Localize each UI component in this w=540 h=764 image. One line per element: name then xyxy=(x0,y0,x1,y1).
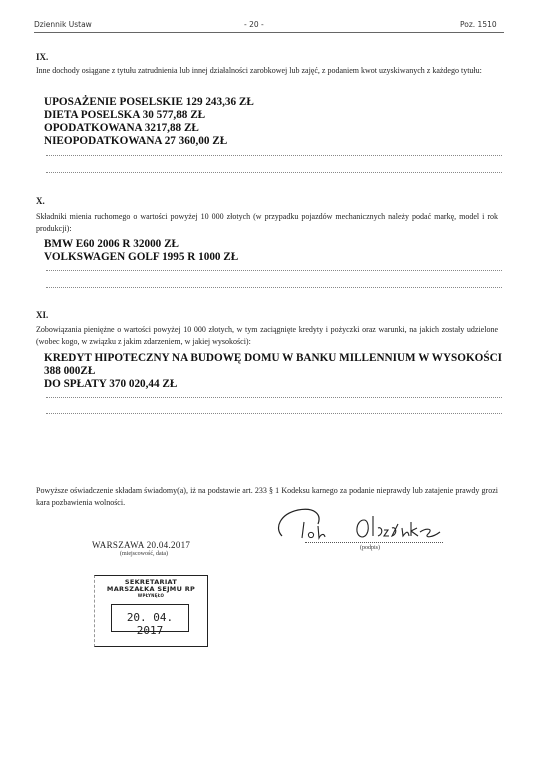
position-number: Poz. 1510 xyxy=(460,20,497,29)
dotted-line xyxy=(46,413,502,414)
section-xi-number: XI. xyxy=(36,310,48,320)
section-x-entry: VOLKSWAGEN GOLF 1995 R 1000 ZŁ xyxy=(44,251,504,264)
section-xi-entry: 388 000ZŁ xyxy=(44,365,504,378)
dotted-line xyxy=(46,172,502,173)
section-ix-entry: NIEOPODATKOWANA 27 360,00 ZŁ xyxy=(44,135,504,148)
header-rule xyxy=(34,32,504,33)
section-x-number: X. xyxy=(36,196,45,206)
signature-icon xyxy=(270,500,470,545)
section-ix-entry: DIETA POSELSKA 30 577,88 ZŁ xyxy=(44,109,504,122)
section-xi-entry: KREDYT HIPOTECZNY NA BUDOWĘ DOMU W BANKU… xyxy=(44,352,504,365)
dotted-line xyxy=(46,155,502,156)
page-number: - 20 - xyxy=(244,20,264,29)
dotted-line xyxy=(46,270,502,271)
journal-name: Dziennik Ustaw xyxy=(34,20,92,29)
stamp-date: 20. 04. 2017 xyxy=(112,611,188,637)
section-xi-description: Zobowiązania pieniężne o wartości powyże… xyxy=(36,324,498,347)
section-ix-description: Inne dochody osiągane z tytułu zatrudnie… xyxy=(36,65,498,77)
section-x-description: Składniki mienia ruchomego o wartości po… xyxy=(36,211,498,234)
signature-caption: (podpis) xyxy=(360,545,380,551)
dotted-line xyxy=(46,287,502,288)
section-xi-entry: DO SPŁATY 370 020,44 ZŁ xyxy=(44,378,504,391)
place-date-caption: (miejscowość, data) xyxy=(120,551,168,557)
stamp-line-3: WPŁYNĘŁO xyxy=(95,593,207,598)
received-stamp: SEKRETARIAT MARSZAŁKA SEJMU RP WPŁYNĘŁO … xyxy=(94,575,208,647)
section-ix-entry: OPODATKOWANA 3217,88 ZŁ xyxy=(44,122,504,135)
section-ix-entry: UPOSAŻENIE POSELSKIE 129 243,36 ZŁ xyxy=(44,96,504,109)
signature-line xyxy=(305,542,443,543)
section-ix-number: IX. xyxy=(36,52,48,62)
section-x-entry: BMW E60 2006 R 32000 ZŁ xyxy=(44,238,504,251)
dotted-line xyxy=(46,397,502,398)
stamp-line-2: MARSZAŁKA SEJMU RP xyxy=(95,585,207,593)
stamp-date-box: 20. 04. 2017 xyxy=(111,604,189,632)
place-date: WARSZAWA 20.04.2017 xyxy=(92,540,190,550)
